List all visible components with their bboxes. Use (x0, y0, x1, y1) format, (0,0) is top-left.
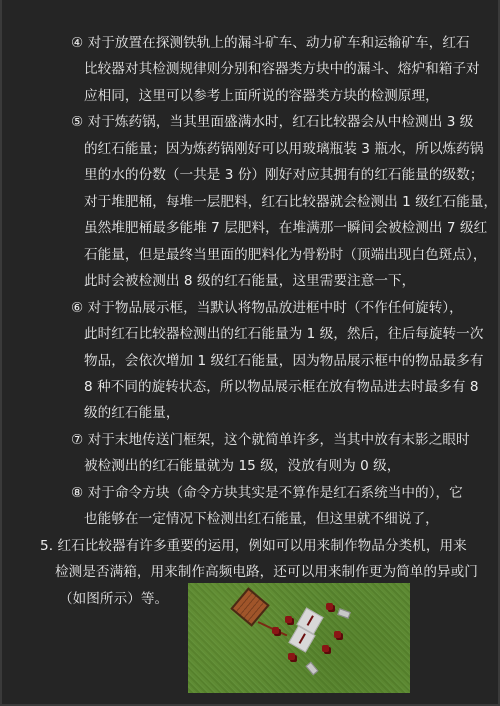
paragraph-line: ⑤ 对于炼药锅，当其里面盛满水时，红石比较器会从中检测出 3 级 (71, 113, 473, 131)
paragraph-line: 此时红石比较器检测出的红石能量为 1 级，然后，往后每旋转一次 (84, 325, 483, 343)
redstone-dust (326, 603, 333, 610)
paragraph-line: ⑦ 对于末地传送门框架，这个就简单许多，当其中放有末影之眼时 (71, 431, 470, 449)
paragraph-line: 5. 红石比较器有许多重要的运用，例如可以用来制作物品分类机，用来 (40, 537, 467, 555)
paragraph-line: 8 种不同的旋转状态，所以物品展示框在放有物品进去时最多有 8 (84, 378, 479, 396)
paragraph-line: ④ 对于放置在探测铁轨上的漏斗矿车、动力矿车和运输矿车，红石 (71, 34, 470, 52)
redstone-dust (334, 631, 341, 638)
lever (305, 662, 318, 676)
paragraph-line: ⑥ 对于物品展示框，当默认将物品放进框中时（不作任何旋转）， (71, 299, 463, 317)
redstone-dust (272, 627, 279, 634)
paragraph-line: （如图所示）等。 (59, 590, 168, 608)
redstone-dust (285, 616, 292, 623)
paragraph-line: 的红石能量；因为炼药锅刚好可以用玻璃瓶装 3 瓶水，所以炼药锅 (84, 140, 483, 158)
paragraph-line: 里的水的份数（一共是 3 份）刚好对应其拥有的红石能量的级数； (84, 166, 483, 184)
lever (337, 608, 351, 619)
paragraph-line: 物品，会依次增加 1 级红石能量，因为物品展示框中的物品最多有 (84, 352, 483, 370)
redstone-lamp-block (230, 587, 269, 626)
redstone-dust (288, 653, 295, 660)
paragraph-line: 也能够在一定情况下检测出红石能量，但这里就不细说了， (84, 510, 439, 528)
xor-gate-figure (188, 583, 410, 693)
paragraph-line: 此时会被检测出 8 级的红石能量，这里需要注意一下， (84, 272, 415, 290)
redstone-dust (322, 645, 329, 652)
paragraph-line: 应相同，这里可以参考上面所说的容器类方块的检测原理， (84, 87, 439, 105)
paragraph-line: 检测是否满箱，用来制作高频电路，还可以用来制作更为简单的异或门 (55, 563, 478, 581)
paragraph-line: 虽然堆肥桶最多能堆 7 层肥料，在堆满那一瞬间会被检测出 7 级红 (84, 219, 487, 237)
paragraph-line: 级的红石能量， (84, 404, 180, 422)
paragraph-line: ⑧ 对于命令方块（命令方块其实是不算作是红石系统当中的），它 (71, 484, 463, 502)
paragraph-line: 对于堆肥桶，每堆一层肥料，红石比较器就会检测出 1 级红石能量， (84, 193, 497, 211)
paragraph-line: 比较器对其检测规律则分别和容器类方块中的漏斗、熔炉和箱子对 (84, 60, 480, 78)
paragraph-line: 被检测出的红石能量就为 15 级，没放有则为 0 级， (84, 457, 400, 475)
paragraph-line: 石能量，但是最终当里面的肥料化为骨粉时（顶端出现白色斑点）， (84, 246, 487, 264)
